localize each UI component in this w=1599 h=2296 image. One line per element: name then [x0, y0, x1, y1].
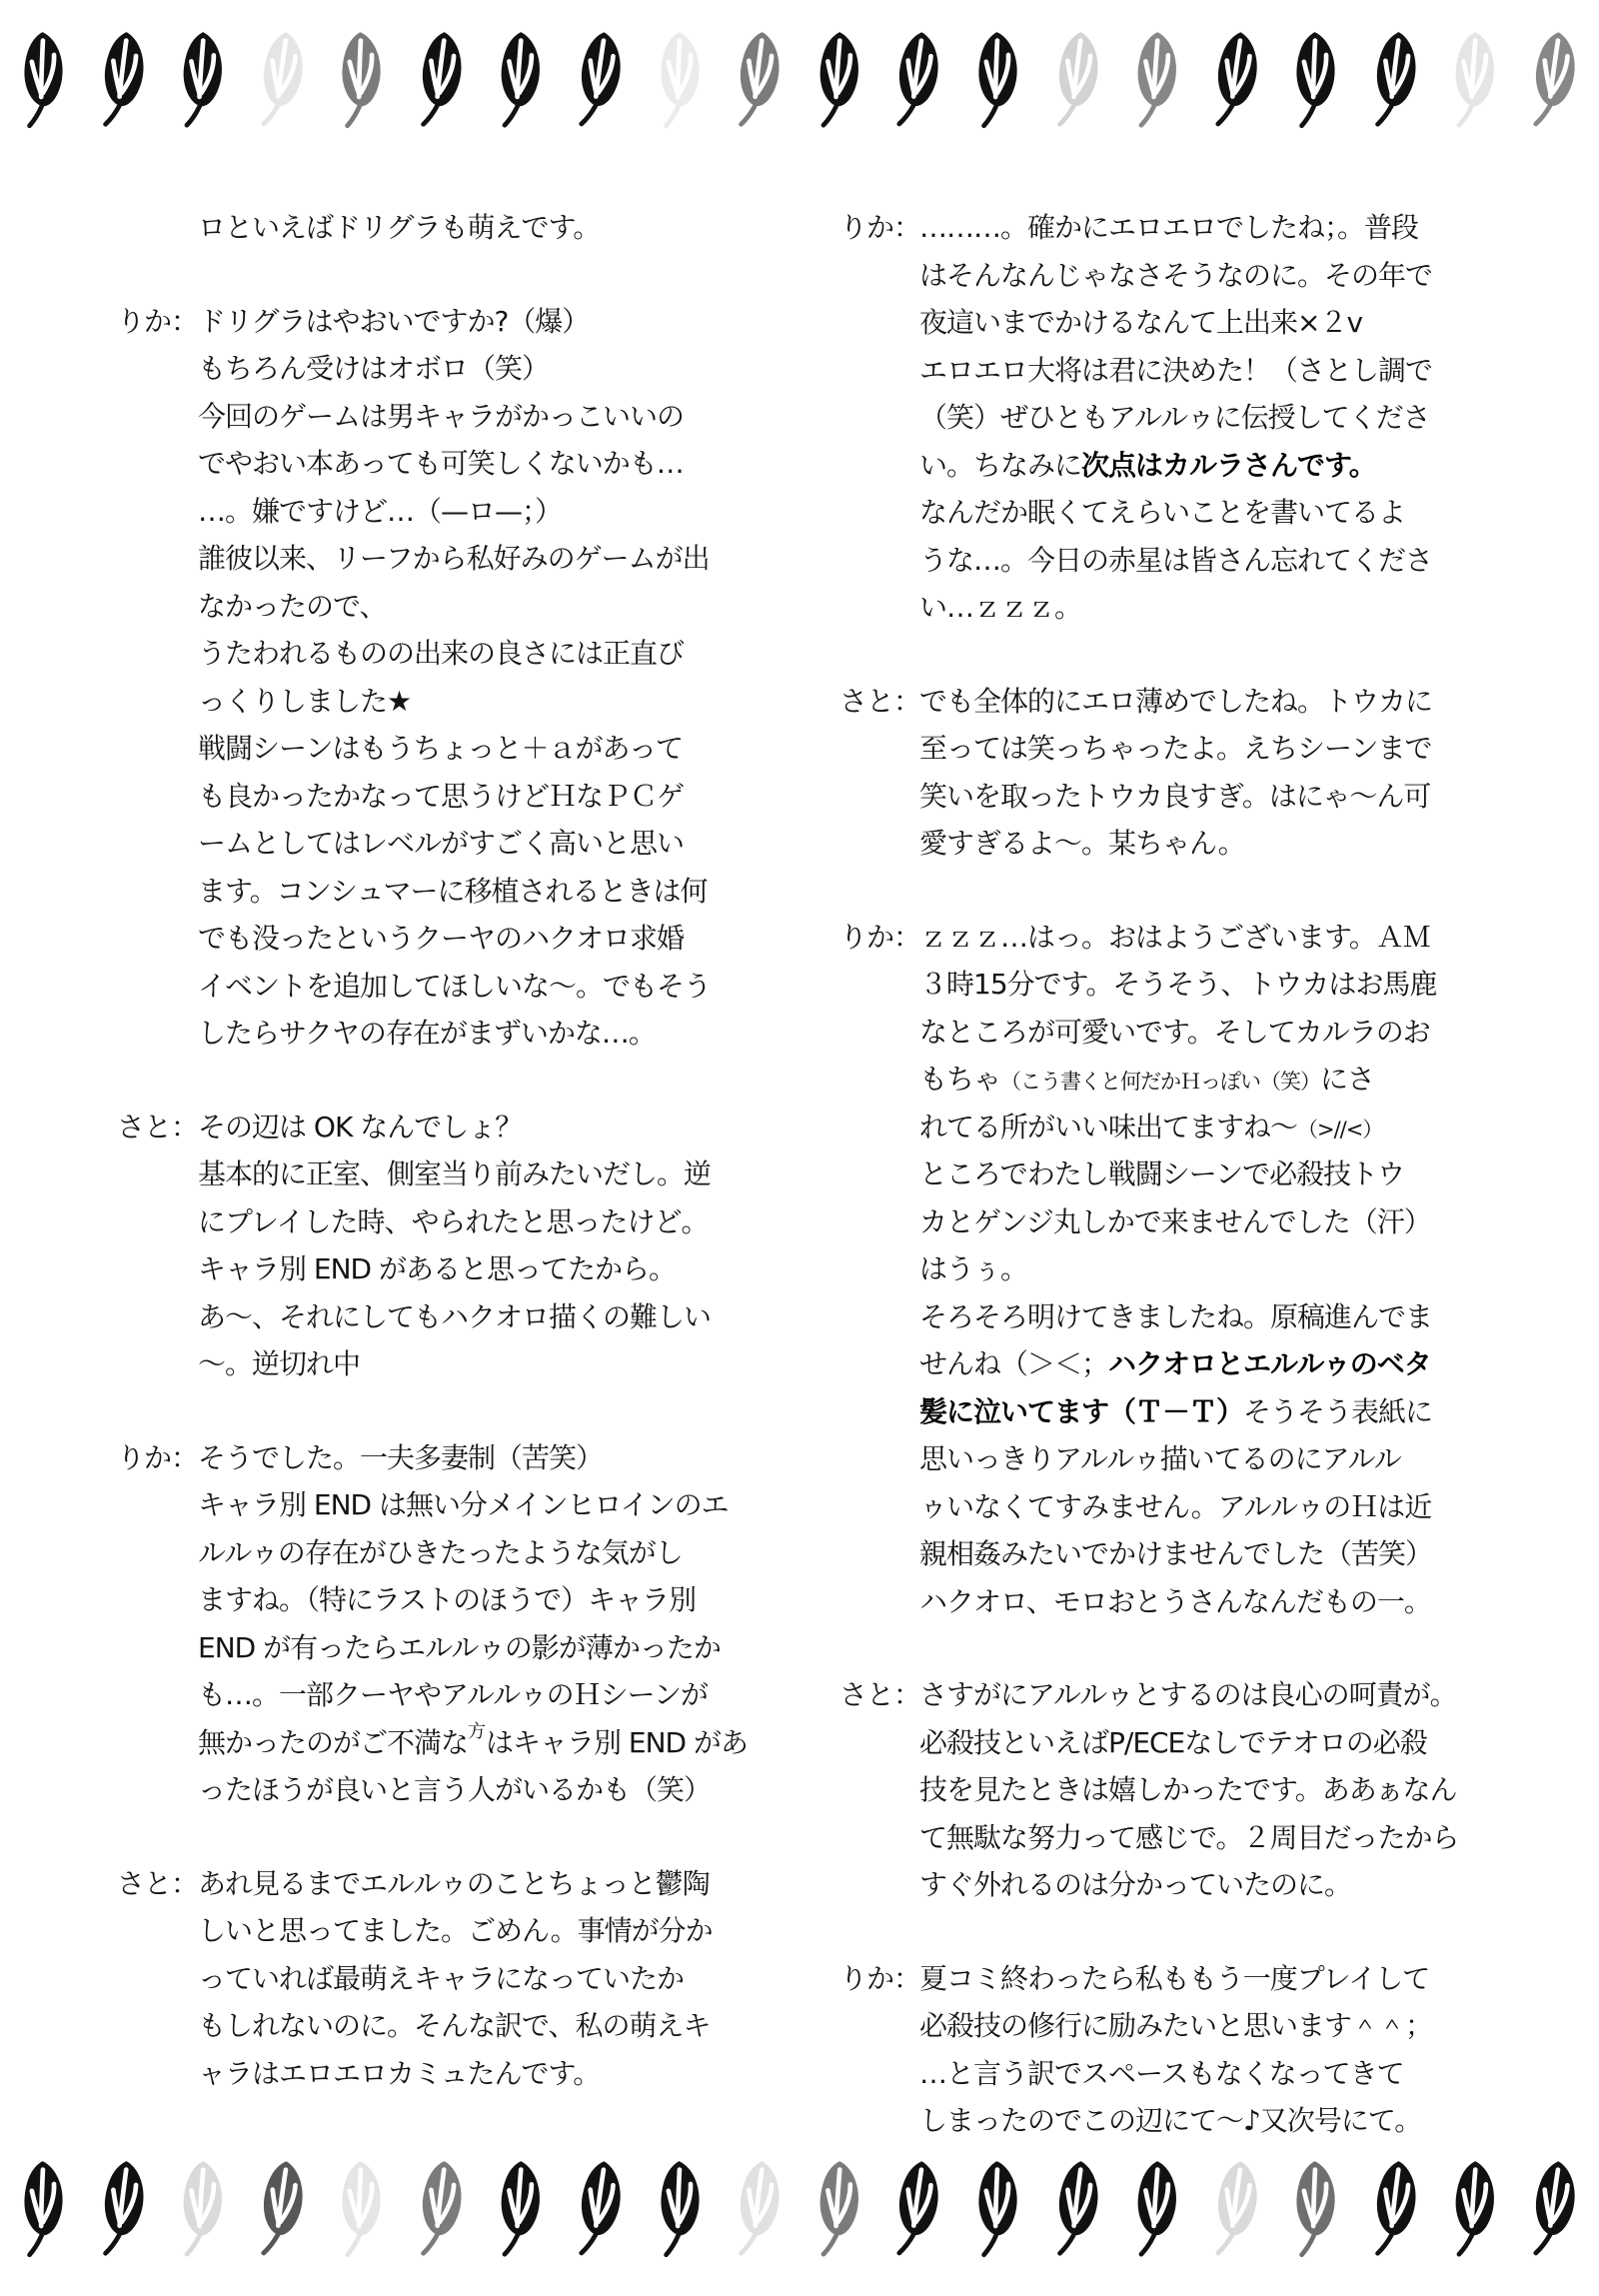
text-segment: エロエロ大将は君に決めた！（さとし調で: [919, 354, 1432, 387]
text-segment: なところが可愛いです。そしてカルラのお: [919, 1016, 1430, 1049]
text-segment: 愛すぎるよ〜。某ちゃん。: [919, 827, 1245, 860]
leaf-icon: [410, 25, 474, 133]
speech-line: ………。確かにエロエロでしたね；。普段: [919, 204, 1432, 252]
dialogue-block: さと：あれ見るまでエルルゥのことちょっと鬱陶しいと思ってました。ごめん。事情が分…: [117, 1860, 657, 2098]
dialogue-block: りか：………。確かにエロエロでしたね；。普段はそんなんじゃなさそうなのに。その年…: [839, 204, 1459, 632]
leaf-icon: [568, 2154, 633, 2263]
leaf-icon: [728, 25, 792, 133]
speech-line: ャラはエロエロカミュたんです。: [198, 2050, 713, 2098]
leaf-icon: [965, 25, 1030, 134]
leaf-icon: [250, 2154, 315, 2263]
text-segment: 今回のゲームは男キャラがかっこいいの: [198, 400, 684, 433]
speech-line: なかったので、: [198, 583, 711, 631]
text-segment: そろそろ明けてきましたね。原稿進んでま: [919, 1300, 1432, 1333]
speech-line: い。ちなみに次点はカルラさんです。: [919, 442, 1432, 490]
speech-line: なところが可愛いです。そしてカルラのお: [919, 1009, 1436, 1057]
speech-line: もしれないのに。そんな訳で、私の萌えキ: [198, 2002, 713, 2050]
text-segment: はキャラ別 END があ: [486, 1726, 748, 1759]
text-segment: ルルゥの存在がひきたったような気がし: [198, 1536, 683, 1569]
speech-line: イベントを追加してほしいな〜。でもそう: [198, 963, 711, 1011]
text-segment: そうそう表紙に: [1243, 1395, 1432, 1428]
speech-line: はそんなんじゃなさそうなのに。その年で: [919, 252, 1432, 300]
speech-line: て無駄な努力って感じで。２周目だったから: [919, 1814, 1458, 1862]
dialogue-block: りか：そうでした。一夫多妻制（苦笑）キャラ別 END は無い分メインヒロインのエ…: [117, 1434, 657, 1814]
leaf-icon: [1046, 2154, 1110, 2262]
speaker-label: りか：: [117, 1434, 198, 1482]
speech-line: い…ｚｚｚ。: [919, 584, 1432, 632]
text-segment: キャラ別 END は無い分メインヒロインのエ: [198, 1488, 729, 1521]
text-segment: ｚｚｚ…はっ。おはようございます。ＡＭ: [919, 921, 1430, 954]
speech-line: うたわれるものの出来の良さには正直び: [198, 630, 711, 678]
text-segment: ームとしてはレベルがすごく高いと思い: [198, 827, 684, 860]
speech-line: ますね。（特にラストのほうで）キャラ別: [198, 1576, 748, 1624]
speech-text: あれ見るまでエルルゥのことちょっと鬱陶しいと思ってました。ごめん。事情が分かって…: [198, 1860, 713, 2098]
speech-line: ロといえばドリグラも萌えです。: [198, 204, 600, 252]
speech-line: 基本的に正室、側室当り前みたいだし。逆: [198, 1150, 711, 1198]
text-segment: あ〜、それにしてもハクオロ描くの難しい: [198, 1300, 711, 1333]
text-segment: ますね。（特にラストのほうで）キャラ別: [198, 1583, 696, 1616]
leaf-icon: [886, 25, 951, 134]
leaf-icon: [568, 25, 633, 134]
text-segment: 戦闘シーンはもうちょっと＋ａがあって: [198, 732, 683, 765]
text-segment: 誰彼以来、リーフから私好みのゲームが出: [198, 542, 710, 575]
speech-line: さすがにアルルゥとするのは良心の呵責が。: [919, 1671, 1458, 1719]
leaf-icon: [1126, 2154, 1188, 2261]
text-segment: 夜這いまでかけるなんて上出来×２v: [919, 306, 1362, 339]
text-segment: 必殺技といえばP/ECEなしでテオロの必殺: [919, 1726, 1427, 1759]
text-segment: れてる所がいい味出てますね〜: [919, 1111, 1297, 1144]
leaf-icon: [410, 2154, 474, 2262]
text-segment: すぐ外れるのは分かっていたのに。: [919, 1868, 1351, 1901]
text-segment: ゥいなくてすみません。アルルゥのＨは近: [919, 1490, 1431, 1523]
dialogue-block: さと：さすがにアルルゥとするのは良心の呵責が。必殺技といえばP/ECEなしでテオ…: [839, 1671, 1459, 1909]
speech-line: もちゃ（こう書くと何だかＨっぽい（笑）にさ: [919, 1056, 1436, 1104]
text-segment: END が有ったらエルルゥの影が薄かったか: [198, 1631, 721, 1664]
speech-text: ｚｚｚ…はっ。おはようございます。ＡＭ３時15分です。そうそう、トウカはお馬鹿な…: [919, 914, 1436, 1626]
leaf-icon: [1284, 2154, 1349, 2263]
speech-line: ところでわたし戦闘シーンで必殺技トウ: [919, 1150, 1436, 1198]
text-segment: 親相姦みたいでかけませんでした（苦笑）: [919, 1537, 1432, 1570]
speech-text: ………。確かにエロエロでしたね；。普段はそんなんじゃなさそうなのに。その年で夜這…: [919, 204, 1432, 632]
speech-line: も良かったかなって思うけどＨなＰＣゲ: [198, 773, 711, 821]
leaf-icon: [330, 2154, 395, 2263]
speech-text: でも全体的にエロ薄めでしたね。トウカに至っては笑っちゃったよ。えちシーンまで笑い…: [919, 678, 1432, 868]
leaf-icon: [1284, 25, 1349, 134]
text-segment: …と言う訳でスペースもなくなってきて: [919, 2057, 1404, 2090]
text-segment: 思いっきりアルルゥ描いてるのにアルル: [919, 1442, 1401, 1475]
speech-text: その辺は OK なんでしょ？基本的に正室、側室当り前みたいだし。逆にプレイした時…: [198, 1104, 711, 1388]
speech-line: はうぅ。: [919, 1245, 1436, 1293]
text-segment: （笑）ぜひともアルルゥに伝授してくださ: [919, 401, 1430, 434]
text-segment: ところでわたし戦闘シーンで必殺技トウ: [919, 1157, 1404, 1190]
left-text-column: ロといえばドリグラも萌えです。りか：ドリグラはやおいですか?（爆）もちろん受けは…: [117, 204, 657, 2097]
dialogue-block: さと：その辺は OK なんでしょ？基本的に正室、側室当り前みたいだし。逆にプレイ…: [117, 1104, 657, 1388]
speech-line: も…。一部クーヤやアルルゥのＨシーンが: [198, 1671, 748, 1719]
dialogue-block: りか：ｚｚｚ…はっ。おはようございます。ＡＭ３時15分です。そうそう、トウカはお…: [839, 914, 1459, 1626]
leaf-icon: [648, 25, 713, 134]
text-segment: その辺は OK なんでしょ？: [198, 1111, 522, 1144]
speech-line: 夜這いまでかけるなんて上出来×２v: [919, 299, 1432, 347]
text-segment: …。嫌ですけど…（—ロ—；）: [198, 495, 562, 528]
text-segment: 必殺技の修行に励みたいと思います＾＾；: [919, 2009, 1432, 2042]
text-segment: しいと思ってました。ごめん。事情が分か: [198, 1914, 713, 1947]
speech-line: 親相姦みたいでかけませんでした（苦笑）: [919, 1530, 1436, 1578]
text-segment: 方: [468, 1721, 486, 1742]
text-segment: い。ちなみに: [919, 449, 1081, 482]
text-segment: キャラ別 END があると思ってたから。: [198, 1252, 676, 1285]
speech-line: れてる所がいい味出てますね〜（>//<）: [919, 1104, 1436, 1151]
text-segment: 〜。逆切れ中: [198, 1347, 360, 1380]
speech-line: …と言う訳でスペースもなくなってきて: [919, 2050, 1432, 2098]
leaf-icon: [1364, 25, 1428, 133]
leaf-icon: [92, 2154, 156, 2262]
text-segment: 次点はカルラさんです。: [1081, 449, 1376, 482]
leaf-icon: [808, 25, 870, 132]
speech-line: キャラ別 END があると思ってたから。: [198, 1245, 711, 1293]
text-segment: そうでした。一夫多妻制（苦笑）: [198, 1441, 603, 1474]
dialogue-block: さと：でも全体的にエロ薄めでしたね。トウカに至っては笑っちゃったよ。えちシーンま…: [839, 678, 1459, 868]
text-segment: い…ｚｚｚ。: [919, 591, 1081, 624]
speech-line: でも没ったというクーヤのハクオロ求婚: [198, 915, 711, 963]
text-segment: カとゲンジ丸しかで来ませんでした（汗）: [919, 1205, 1431, 1238]
speech-line: 至っては笑っちゃったよ。えちシーンまで: [919, 725, 1432, 773]
speech-line: 〜。逆切れ中: [198, 1340, 711, 1388]
speech-line: そうでした。一夫多妻制（苦笑）: [198, 1434, 748, 1482]
text-segment: でも全体的にエロ薄めでしたね。トウカに: [919, 685, 1432, 718]
speech-line: 夏コミ終わったら私ももう一度プレイして: [919, 1955, 1432, 2003]
speech-line: ドリグラはやおいですか?（爆）: [198, 298, 711, 346]
speech-line: キャラ別 END は無い分メインヒロインのエ: [198, 1481, 748, 1529]
text-segment: ャラはエロエロカミュたんです。: [198, 2057, 600, 2090]
speech-line: END が有ったらエルルゥの影が薄かったか: [198, 1624, 748, 1672]
leaf-icon: [1522, 2154, 1587, 2263]
speech-line: っくりしました★: [198, 678, 711, 726]
speech-line: しまったのでこの辺にて〜♪又次号にて。: [919, 2097, 1432, 2145]
speech-text: さすがにアルルゥとするのは良心の呵責が。必殺技といえばP/ECEなしでテオロの必…: [919, 1671, 1458, 1909]
speech-line: エロエロ大将は君に決めた！（さとし調で: [919, 347, 1432, 395]
speaker-label: さと：: [839, 1671, 919, 1719]
speech-line: …。嫌ですけど…（—ロ—；）: [198, 488, 711, 536]
speech-line: 誰彼以来、リーフから私好みのゲームが出: [198, 535, 711, 583]
leaf-icon: [1046, 25, 1110, 133]
speaker-label: さと：: [839, 678, 919, 726]
speech-line: ったほうが良いと言う人がいるかも（笑）: [198, 1766, 748, 1814]
speech-line: でやおい本あっても可笑しくないかも…: [198, 440, 711, 488]
text-segment: もちゃ: [919, 1063, 1000, 1096]
text-segment: も…。一部クーヤやアルルゥのＨシーンが: [198, 1678, 708, 1711]
leaf-icon: [648, 2154, 713, 2263]
text-segment: うな…。今日の赤星は皆さん忘れてくださ: [919, 544, 1432, 577]
leaf-icon: [1204, 2154, 1269, 2263]
text-segment: もしれないのに。そんな訳で、私の萌えキ: [198, 2009, 710, 2042]
leaf-icon: [1204, 25, 1269, 134]
speech-line: 無かったのがご不満な方はキャラ別 END があ: [198, 1719, 748, 1767]
speaker-label: りか：: [117, 298, 198, 346]
speech-line: 技を見たときは嬉しかったです。ああぁなん: [919, 1766, 1458, 1814]
speech-line: あ〜、それにしてもハクオロ描くの難しい: [198, 1293, 711, 1341]
speech-line: ームとしてはレベルがすごく高いと思い: [198, 820, 711, 868]
speech-line: にプレイした時、やられたと思ったけど。: [198, 1198, 711, 1246]
dialogue-block: りか：ドリグラはやおいですか?（爆）もちろん受けはオボロ（笑）今回のゲームは男キ…: [117, 298, 657, 1058]
speech-line: ゥいなくてすみません。アルルゥのＨは近: [919, 1483, 1436, 1531]
leaf-icon: [330, 25, 395, 134]
leaf-icon: [172, 25, 234, 132]
text-segment: っていれば最萌えキャラになっていたか: [198, 1962, 684, 1995]
leaf-icon: [92, 25, 156, 133]
text-segment: なかったので、: [198, 590, 386, 623]
text-segment: ロといえばドリグラも萌えです。: [198, 211, 600, 244]
text-segment: ３時15分です。そうそう、トウカはお馬鹿: [919, 968, 1436, 1001]
text-segment: でやおい本あっても可笑しくないかも…: [198, 447, 684, 480]
doujin-text-page: ロといえばドリグラも萌えです。りか：ドリグラはやおいですか?（爆）もちろん受けは…: [0, 0, 1599, 2296]
leaf-icon: [1444, 2154, 1506, 2261]
speech-line: ルルゥの存在がひきたったような気がし: [198, 1529, 748, 1577]
speech-line: しいと思ってました。ごめん。事情が分か: [198, 1907, 713, 1955]
speech-text: ドリグラはやおいですか?（爆）もちろん受けはオボロ（笑）今回のゲームは男キャラが…: [198, 298, 711, 1058]
leaf-icon: [250, 25, 315, 134]
speech-line: ます。コンシュマーに移植されるときは何: [198, 868, 711, 916]
text-segment: でも没ったというクーヤのハクオロ求婚: [198, 922, 684, 955]
speech-line: でも全体的にエロ薄めでしたね。トウカに: [919, 678, 1432, 726]
text-segment: ったほうが良いと言う人がいるかも（笑）: [198, 1773, 711, 1806]
speech-text: 夏コミ終わったら私ももう一度プレイして必殺技の修行に励みたいと思います＾＾；…と…: [919, 1955, 1432, 2145]
text-segment: はそんなんじゃなさそうなのに。その年で: [919, 259, 1432, 292]
speaker-label: さと：: [117, 1104, 198, 1151]
text-segment: さすがにアルルゥとするのは良心の呵責が。: [919, 1678, 1457, 1711]
speech-line: 髪に泣いてます（Ｔ－Ｔ）そうそう表紙に: [919, 1388, 1436, 1436]
speech-line: あれ見るまでエルルゥのことちょっと鬱陶: [198, 1860, 713, 1908]
leaf-icon: [1364, 2154, 1428, 2262]
text-segment: 至っては笑っちゃったよ。えちシーンまで: [919, 732, 1431, 765]
top-leaf-border: [14, 26, 1585, 132]
speech-line: 今回のゲームは男キャラがかっこいいの: [198, 393, 711, 441]
text-segment: せんね（＞＜；: [919, 1347, 1108, 1380]
text-segment: あれ見るまでエルルゥのことちょっと鬱陶: [198, 1867, 710, 1900]
speech-line: （笑）ぜひともアルルゥに伝授してくださ: [919, 394, 1432, 442]
speech-line: 必殺技の修行に励みたいと思います＾＾；: [919, 2002, 1432, 2050]
speech-line: 戦闘シーンはもうちょっと＋ａがあって: [198, 725, 711, 773]
text-segment: 技を見たときは嬉しかったです。ああぁなん: [919, 1773, 1456, 1806]
speaker-label: りか：: [839, 914, 919, 962]
leaf-icon: [1444, 25, 1506, 132]
speech-line: っていれば最萌えキャラになっていたか: [198, 1955, 713, 2003]
leaf-icon: [1522, 25, 1587, 134]
speech-text: ロといえばドリグラも萌えです。: [198, 204, 600, 252]
leaf-icon: [1126, 25, 1188, 132]
speaker-label: りか：: [839, 1955, 919, 2003]
speech-line: ｚｚｚ…はっ。おはようございます。ＡＭ: [919, 914, 1436, 962]
text-segment: （>//<）: [1297, 1118, 1382, 1142]
speech-line: 必殺技といえばP/ECEなしでテオロの必殺: [919, 1719, 1458, 1767]
speech-line: なんだか眠くてえらいことを書いてるよ: [919, 489, 1432, 537]
text-segment: 髪に泣いてます（Ｔ－Ｔ）: [919, 1395, 1243, 1428]
speech-line: したらサクヤの存在がまずいかな…。: [198, 1010, 711, 1058]
text-segment: したらサクヤの存在がまずいかな…。: [198, 1017, 656, 1050]
speech-line: もちろん受けはオボロ（笑）: [198, 345, 711, 393]
text-segment: も良かったかなって思うけどＨなＰＣゲ: [198, 780, 684, 813]
text-segment: ………。確かにエロエロでしたね；。普段: [919, 211, 1418, 244]
leaf-icon: [728, 2154, 792, 2262]
right-text-column: りか：………。確かにエロエロでしたね；。普段はそんなんじゃなさそうなのに。その年…: [839, 204, 1459, 2145]
speech-line: ３時15分です。そうそう、トウカはお馬鹿: [919, 961, 1436, 1009]
bottom-leaf-border: [14, 2155, 1585, 2261]
text-segment: イベントを追加してほしいな〜。でもそう: [198, 970, 711, 1003]
leaf-icon: [11, 2154, 76, 2263]
text-segment: ます。コンシュマーに移植されるときは何: [198, 875, 708, 908]
speech-line: 愛すぎるよ〜。某ちゃん。: [919, 820, 1432, 868]
text-segment: ハクオロ、モロおとうさんなんだもの一。: [919, 1585, 1431, 1618]
text-segment: 基本的に正室、側室当り前みたいだし。逆: [198, 1157, 711, 1190]
text-segment: （こう書くと何だかＨっぽい（笑）: [1000, 1070, 1320, 1094]
speech-line: 笑いを取ったトウカ良すぎ。はにゃ〜ん可: [919, 773, 1432, 821]
speech-line: そろそろ明けてきましたね。原稿進んでま: [919, 1293, 1436, 1341]
text-segment: っくりしました★: [198, 685, 411, 718]
text-segment: はうぅ。: [919, 1252, 1027, 1285]
text-segment: ハクオロとエルルゥのベタ: [1108, 1347, 1431, 1380]
text-segment: しまったのでこの辺にて〜♪又次号にて。: [919, 2104, 1421, 2137]
leaf-icon: [491, 25, 553, 132]
leaf-icon: [965, 2154, 1030, 2263]
speech-line: すぐ外れるのは分かっていたのに。: [919, 1861, 1458, 1909]
text-segment: て無駄な努力って感じで。２周目だったから: [919, 1821, 1458, 1854]
leaf-icon: [808, 2154, 870, 2261]
text-segment: うたわれるものの出来の良さには正直び: [198, 637, 684, 670]
speaker-label: りか：: [839, 204, 919, 252]
text-segment: にさ: [1320, 1063, 1374, 1096]
text-segment: なんだか眠くてえらいことを書いてるよ: [919, 496, 1405, 529]
leaf-icon: [11, 25, 76, 134]
speech-text: そうでした。一夫多妻制（苦笑）キャラ別 END は無い分メインヒロインのエルルゥ…: [198, 1434, 748, 1814]
text-segment: ドリグラはやおいですか?（爆）: [198, 305, 589, 338]
leaf-icon: [491, 2154, 553, 2261]
speech-line: うな…。今日の赤星は皆さん忘れてくださ: [919, 537, 1432, 585]
text-segment: 笑いを取ったトウカ良すぎ。はにゃ〜ん可: [919, 780, 1430, 813]
dialogue-block: ロといえばドリグラも萌えです。: [117, 204, 657, 252]
leaf-icon: [886, 2154, 951, 2263]
dialogue-block: りか：夏コミ終わったら私ももう一度プレイして必殺技の修行に励みたいと思います＾＾…: [839, 1955, 1459, 2145]
leaf-icon: [172, 2154, 234, 2261]
text-segment: もちろん受けはオボロ（笑）: [198, 352, 549, 385]
speech-line: カとゲンジ丸しかで来ませんでした（汗）: [919, 1198, 1436, 1246]
text-segment: 夏コミ終わったら私ももう一度プレイして: [919, 1962, 1429, 1995]
text-segment: 無かったのがご不満な: [198, 1726, 468, 1759]
speech-line: ハクオロ、モロおとうさんなんだもの一。: [919, 1578, 1436, 1626]
speech-line: 思いっきりアルルゥ描いてるのにアルル: [919, 1435, 1436, 1483]
speaker-label: さと：: [117, 1860, 198, 1908]
speech-line: その辺は OK なんでしょ？: [198, 1104, 711, 1151]
speech-line: せんね（＞＜；ハクオロとエルルゥのベタ: [919, 1340, 1436, 1388]
text-segment: にプレイした時、やられたと思ったけど。: [198, 1205, 708, 1238]
